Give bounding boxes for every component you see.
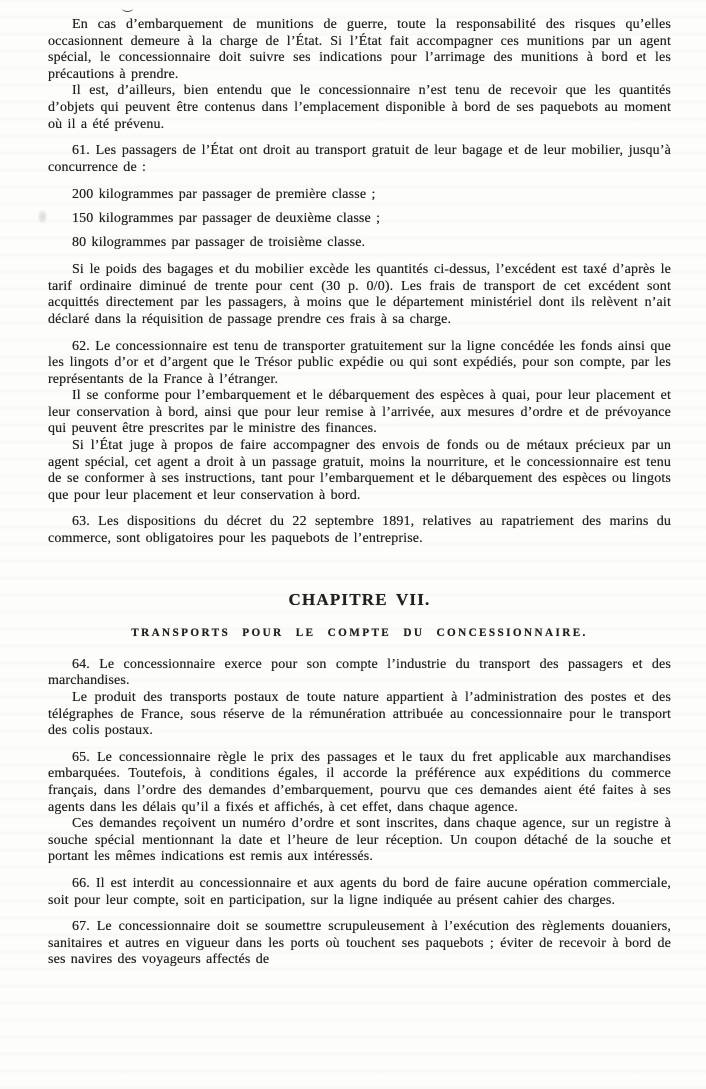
- chapter-subtitle: TRANSPORTS POUR LE COMPTE DU CONCESSIONN…: [48, 625, 671, 642]
- article-65-paragraph: 65. Le concessionnaire règle le prix des…: [48, 750, 671, 816]
- article-64-paragraph: 64. Le concessionnaire exerce pour son c…: [48, 657, 671, 690]
- article-63-paragraph: 63. Les dispositions du décret du 22 sep…: [48, 514, 671, 547]
- paragraph-agent-special-fonds: Si l’État juge à propos de faire accompa…: [48, 438, 671, 504]
- article-61-paragraph: 61. Les passagers de l’État ont droit au…: [48, 143, 671, 176]
- list-item-premiere-classe: 200 kilogrammes par passager de première…: [72, 187, 671, 204]
- article-67-paragraph: 67. Le concessionnaire doit se soumettre…: [48, 919, 671, 969]
- scan-artifact-smudge: [38, 210, 47, 223]
- article-62-paragraph: 62. Le concessionnaire est tenu de trans…: [48, 339, 671, 389]
- chapter-title: CHAPITRE VII.: [48, 592, 671, 609]
- scanned-document-page: En cas d’embarquement de munitions de gu…: [0, 0, 706, 1089]
- paragraph-excedent-bagages: Si le poids des bagages et du mobilier e…: [48, 262, 671, 328]
- paragraph-transports-postaux: Le produit des transports postaux de tou…: [48, 690, 671, 740]
- scan-artifact-curl: [122, 5, 133, 12]
- paragraph-registre-souche: Ces demandes reçoivent un numéro d’ordre…: [48, 816, 671, 866]
- list-item-troisieme-classe: 80 kilogrammes par passager de troisième…: [72, 235, 671, 252]
- list-item-deuxieme-classe: 150 kilogrammes par passager de deuxième…: [72, 211, 671, 228]
- paragraph-quantites-objets: Il est, d’ailleurs, bien entendu que le …: [48, 83, 671, 133]
- paragraph-embarquement-especes: Il se conforme pour l’embarquement et le…: [48, 388, 671, 438]
- article-66-paragraph: 66. Il est interdit au concessionnaire e…: [48, 876, 671, 909]
- paragraph-munitions-de-guerre: En cas d’embarquement de munitions de gu…: [48, 17, 671, 83]
